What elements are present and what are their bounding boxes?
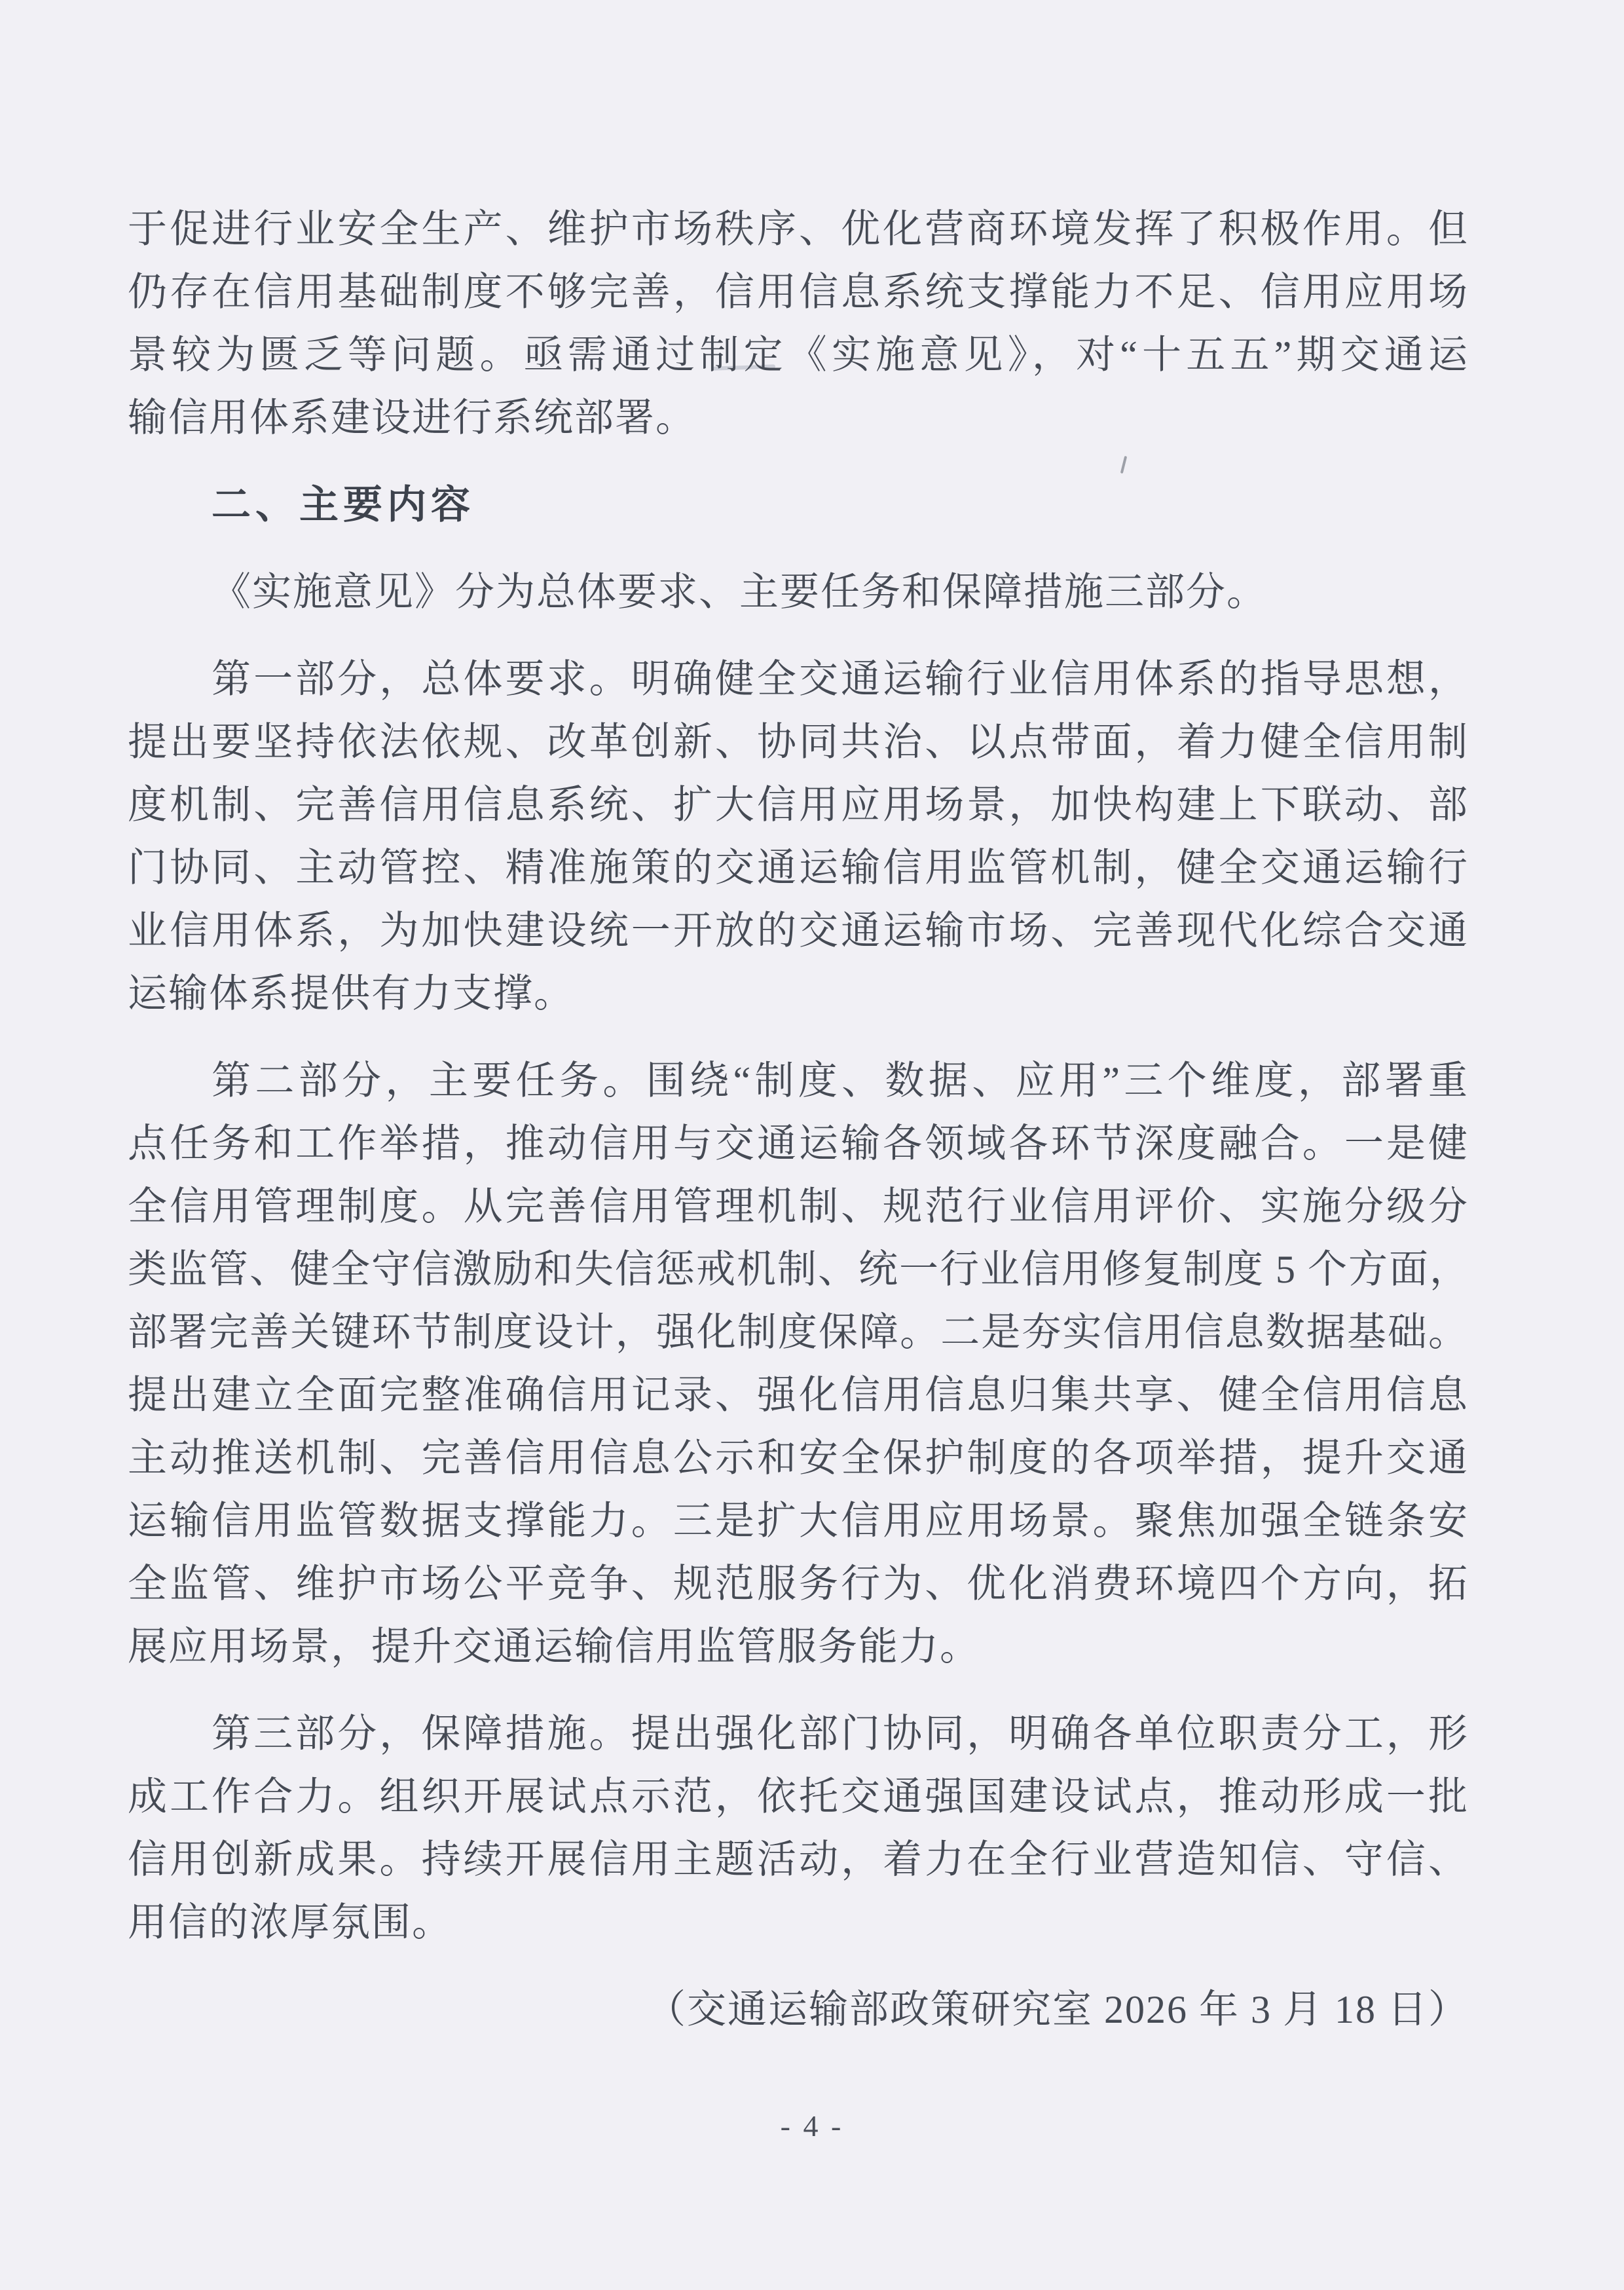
text-line: 信用创新成果。持续开展信用主题活动，着力在全行业营造知信、守信、 [128, 1828, 1469, 1891]
text-line: 第三部分，保障措施。提出强化部门协同，明确各单位职责分工，形 [128, 1702, 1469, 1765]
page-number: - 4 - [0, 2108, 1624, 2145]
text-line: 展应用场景，提升交通运输信用监管服务能力。 [128, 1615, 1469, 1678]
section-heading-main-content: 二、主要内容 [128, 474, 1469, 536]
text-line: 度机制、完善信用信息系统、扩大信用应用场景，加快构建上下联动、部 [128, 774, 1469, 836]
text-line: 仍存在信用基础制度不够完善，信用信息系统支撑能力不足、信用应用场 [128, 261, 1469, 324]
attribution-block: （交通运输部政策研究室 2026 年 3 月 18 日） [128, 1978, 1469, 2041]
text-line: 全监管、维护市场公平竞争、规范服务行为、优化消费环境四个方向，拓 [128, 1552, 1469, 1615]
document-body: 于促进行业安全生产、维护市场秩序、优化营商环境发挥了积极作用。但 仍存在信用基础… [128, 198, 1469, 2041]
text-line: 提出要坚持依法依规、改革创新、协同共治、以点带面，着力健全信用制 [128, 711, 1469, 774]
paragraph-continuation: 于促进行业安全生产、维护市场秩序、优化营商环境发挥了积极作用。但 仍存在信用基础… [128, 198, 1469, 449]
text-line: 全信用管理制度。从完善信用管理机制、规范行业信用评价、实施分级分 [128, 1175, 1469, 1238]
paragraph-part-one: 第一部分，总体要求。明确健全交通运输行业信用体系的指导思想， 提出要坚持依法依规… [128, 648, 1469, 1025]
scanned-document-page: 于促进行业安全生产、维护市场秩序、优化营商环境发挥了积极作用。但 仍存在信用基础… [0, 0, 1624, 2290]
text-line: 门协同、主动管控、精准施策的交通运输信用监管机制，健全交通运输行 [128, 836, 1469, 899]
text-line: 提出建立全面完整准确信用记录、强化信用信息归集共享、健全信用信息 [128, 1364, 1469, 1427]
text-line: 类监管、健全守信激励和失信惩戒机制、统一行业信用修复制度 5 个方面， [128, 1238, 1469, 1301]
text-line: 业信用体系，为加快建设统一开放的交通运输市场、完善现代化综合交通 [128, 899, 1469, 962]
text-line: 运输体系提供有力支撑。 [128, 962, 1469, 1025]
text-line: 于促进行业安全生产、维护市场秩序、优化营商环境发挥了积极作用。但 [128, 198, 1469, 261]
text-line: 用信的浓厚氛围。 [128, 1891, 1469, 1954]
text-line: 主动推送机制、完善信用信息公示和安全保护制度的各项举措，提升交通 [128, 1427, 1469, 1490]
section-heading: 二、主要内容 [128, 474, 1469, 536]
text-line: 景较为匮乏等问题。亟需通过制定《实施意见》，对“十五五”期交通运 [128, 324, 1469, 386]
text-line: 第二部分，主要任务。围绕“制度、数据、应用”三个维度，部署重 [128, 1049, 1469, 1112]
text-line: 输信用体系建设进行系统部署。 [128, 386, 1469, 449]
text-line: 点任务和工作举措，推动信用与交通运输各领域各环节深度融合。一是健 [128, 1112, 1469, 1175]
paragraph-overview: 《实施意见》分为总体要求、主要任务和保障措施三部分。 [128, 561, 1469, 624]
paragraph-part-two: 第二部分，主要任务。围绕“制度、数据、应用”三个维度，部署重 点任务和工作举措，… [128, 1049, 1469, 1678]
text-line: 第一部分，总体要求。明确健全交通运输行业信用体系的指导思想， [128, 648, 1469, 711]
text-line: 运输信用监管数据支撑能力。三是扩大信用应用场景。聚焦加强全链条安 [128, 1490, 1469, 1552]
text-line: 成工作合力。组织开展试点示范，依托交通强国建设试点，推动形成一批 [128, 1765, 1469, 1828]
paragraph-part-three: 第三部分，保障措施。提出强化部门协同，明确各单位职责分工，形 成工作合力。组织开… [128, 1702, 1469, 1954]
signature-line: （交通运输部政策研究室 2026 年 3 月 18 日） [128, 1978, 1469, 2041]
text-line: 《实施意见》分为总体要求、主要任务和保障措施三部分。 [128, 561, 1469, 624]
text-line: 部署完善关键环节制度设计，强化制度保障。二是夯实信用信息数据基础。 [128, 1301, 1469, 1364]
